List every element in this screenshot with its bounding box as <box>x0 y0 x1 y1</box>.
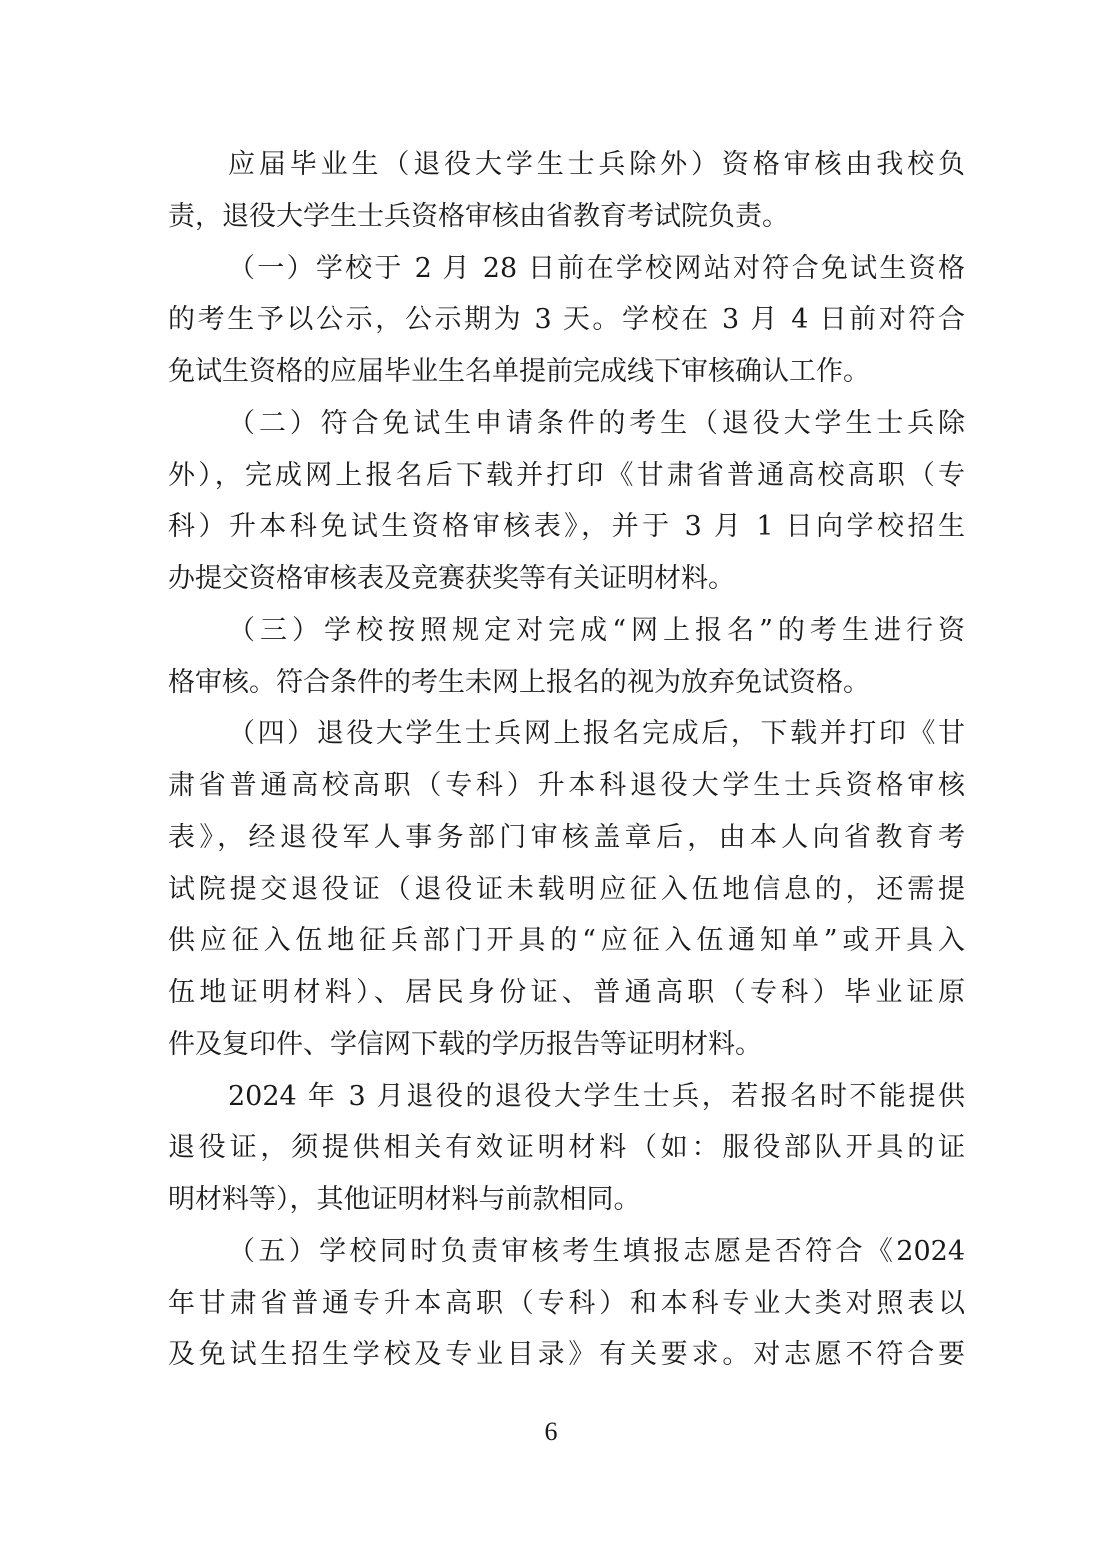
text-line: 免试生资格的应届毕业生名单提前完成线下审核确认工作。 <box>168 352 965 392</box>
text-line: 年甘肃省普通专升本高职（专科）和本科专业大类对照表以 <box>168 1284 965 1324</box>
text-line: 责，退役大学生士兵资格审核由省教育考试院负责。 <box>168 197 965 237</box>
text-line: 件及复印件、学信网下载的学历报告等证明材料。 <box>168 1025 965 1065</box>
text-line: 明材料等），其他证明材料与前款相同。 <box>168 1180 965 1220</box>
text-line: （五）学校同时负责审核考生填报志愿是否符合《2024 <box>228 1232 965 1272</box>
text-line: 办提交资格审核表及竞赛获奖等有关证明材料。 <box>168 559 965 599</box>
text-line: （二）符合免试生申请条件的考生（退役大学生士兵除 <box>228 404 965 444</box>
text-line: （四）退役大学生士兵网上报名完成后，下载并打印《甘 <box>228 714 965 754</box>
text-line: （一）学校于 2 月 28 日前在学校网站对符合免试生资格 <box>228 249 965 289</box>
text-line: 试院提交退役证（退役证未载明应征入伍地信息的，还需提 <box>168 870 965 910</box>
text-line: 退役证，须提供相关有效证明材料（如：服役部队开具的证 <box>168 1128 965 1168</box>
text-line: 及免试生招生学校及专业目录》有关要求。对志愿不符合要 <box>168 1335 965 1375</box>
text-line: （三）学校按照规定对完成“网上报名”的考生进行资 <box>228 611 965 651</box>
text-line: 供应征入伍地征兵部门开具的“应征入伍通知单”或开具入 <box>168 921 965 961</box>
document-page: 应届毕业生（退役大学生士兵除外）资格审核由我校负 责，退役大学生士兵资格审核由省… <box>0 0 1102 1559</box>
text-line: 2024 年 3 月退役的退役大学生士兵，若报名时不能提供 <box>228 1077 965 1117</box>
text-line: 外），完成网上报名后下载并打印《甘肃省普通高校高职（专 <box>168 456 965 496</box>
page-number: 6 <box>0 1414 1102 1450</box>
text-line: 的考生予以公示，公示期为 3 天。学校在 3 月 4 日前对符合 <box>168 300 965 340</box>
text-line: 应届毕业生（退役大学生士兵除外）资格审核由我校负 <box>228 145 965 185</box>
text-line: 格审核。符合条件的考生未网上报名的视为放弃免试资格。 <box>168 663 965 703</box>
text-line: 表》，经退役军人事务部门审核盖章后，由本人向省教育考 <box>168 818 965 858</box>
text-line: 肃省普通高校高职（专科）升本科退役大学生士兵资格审核 <box>168 766 965 806</box>
text-line: 科）升本科免试生资格审核表》，并于 3 月 1 日向学校招生 <box>168 507 965 547</box>
text-line: 伍地证明材料）、居民身份证、普通高职（专科）毕业证原 <box>168 973 965 1013</box>
